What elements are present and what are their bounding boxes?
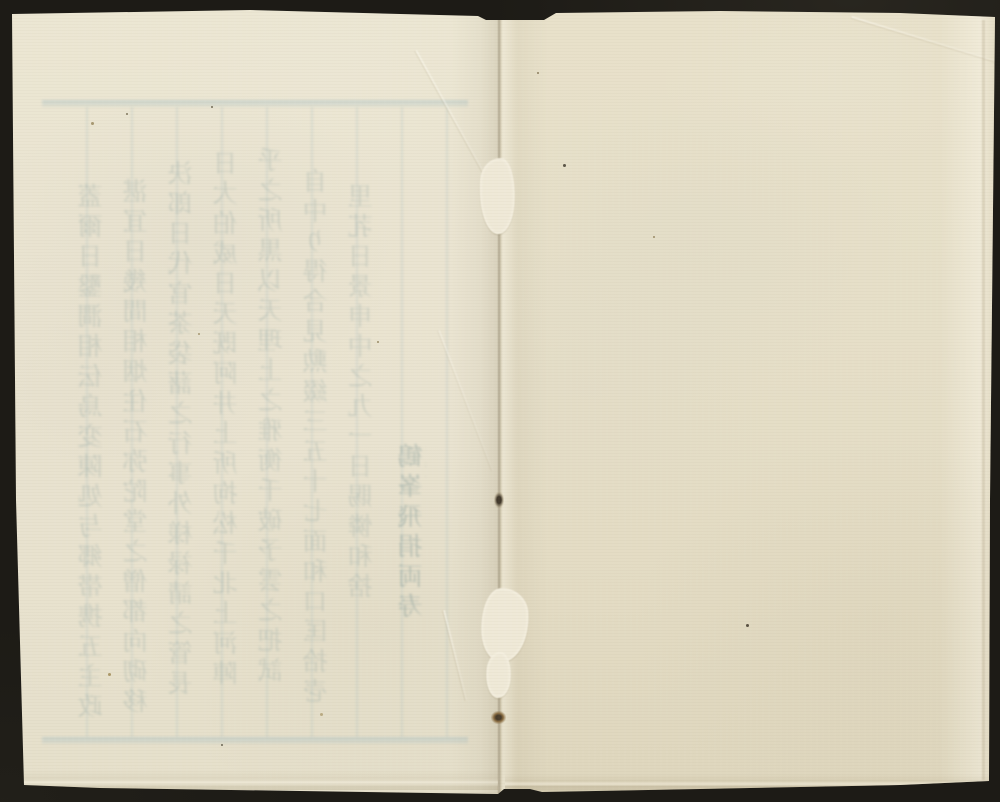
paper-crease [415,50,491,186]
open-book: 蓋爾日鑿澗相伝烏変陳処与郷帯携五主政湛冝日幾間相烟住石弥陀堂之僧都向砌移決郎日代… [0,0,1000,802]
right-page [500,0,1000,802]
paper-crease [443,610,467,701]
ghost-text-column: 自中り得合見勲綴三五十七面和口匡拾壱 [303,168,331,738]
ghost-frame-column-rule [221,107,223,737]
ghost-text-column: 湛冝日幾間相烟住石弥陀堂之僧都向砌移 [123,178,151,738]
left-page: 蓋爾日鑿澗相伝烏変陳処与郷帯携五主政湛冝日幾間相烟住石弥陀堂之僧都向砌移決郎日代… [0,0,500,802]
ghost-frame-top-rule [42,100,468,107]
ghost-frame-column-rule [446,107,448,737]
ghost-frame-column-rule [356,107,358,737]
ghost-text-column: 決郎日代官茶袋藷之行事外様禄請之管長 [168,160,196,732]
ghost-frame-column-rule [311,107,313,737]
paper-mottling [500,0,1000,802]
ghost-frame-column-rule [176,107,178,737]
ghost-frame-column-rule [266,107,268,737]
ghost-text-column: 里芤日景申中之九一日賜憐和捨 [348,183,376,613]
ghost-frame-column-rule [86,107,88,737]
ghost-frame-bottom-rule [42,737,468,744]
ghost-frame-column-rule [401,107,403,737]
ghost-text-column: 日大伯威日天既阿井上所拘松千北上河陣 [213,150,241,698]
ghost-frame-column-rule [131,107,133,737]
paper-mottling [0,0,500,802]
ghost-text-column: 蓋爾日鑿澗相伝烏変陳処与郷帯携五主政 [78,183,106,741]
paper-crease [438,330,494,471]
ghost-heading-column: 鶴峯飛捐両寿藏訂 [398,443,426,623]
ghost-text-column: 乎之所黒以天理上之雅衡千破予雲之把試 [258,147,286,687]
photo-backdrop: 蓋爾日鑿澗相伝烏変陳処与郷帯携五主政湛冝日幾間相烟住石弥陀堂之僧都向砌移決郎日代… [0,0,1000,802]
